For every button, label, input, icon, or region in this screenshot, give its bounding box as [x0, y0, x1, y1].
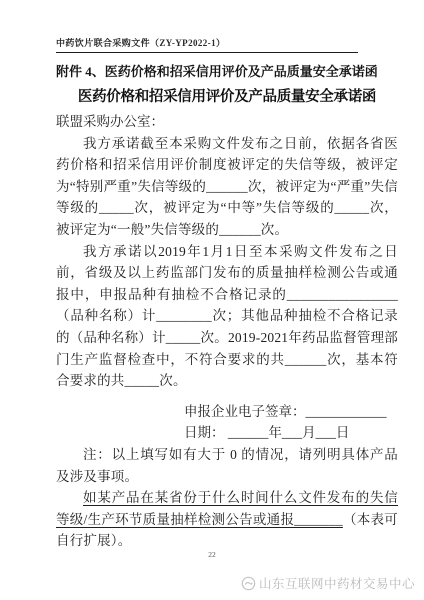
document-page: 中药饮片联合采购文件（ZY-YP2022-1） 附件 4、医药价格和招采信用评价… [0, 0, 424, 600]
signature-block: 申报企业电子签章：____________ 日期： ______年___月___… [56, 401, 398, 444]
watermark: 山东互联网中药材交易中心 [241, 574, 415, 592]
paragraph-appendix: 如某产品在某省份于什么时间什么文件发布的失信等级/生产环节质量抽样检测公告或通报… [56, 487, 398, 552]
attachment-heading: 附件 4、医药价格和招采信用评价及产品质量安全承诺函 [56, 61, 398, 80]
paragraph-note: 注：以上填写如有大于 0 的情况，请列明具体产品及涉及事项。 [56, 444, 398, 487]
watermark-logo-icon [241, 576, 256, 591]
page-title: 医药价格和招采信用评价及产品质量安全承诺函 [56, 85, 398, 106]
page-number: 22 [0, 550, 424, 559]
watermark-text: 山东互联网中药材交易中心 [259, 574, 415, 592]
signature-line: 申报企业电子签章：____________ [184, 401, 398, 423]
paragraph-quality-inspection: 我方承诺以2019年1月1日至本采购文件发布之日前，省级及以上药监部门发布的质量… [56, 241, 398, 392]
paragraph-credit-rating: 我方承诺截至本采购文件发布之日前，依据各省医药价格和招采信用评价制度被评定的失信… [56, 133, 398, 241]
signature-blank: ____________ [306, 404, 387, 419]
document-code-header: 中药饮片联合采购文件（ZY-YP2022-1） [56, 36, 358, 53]
salutation-line: 联盟采购办公室： [56, 111, 398, 133]
signature-label: 申报企业电子签章： [184, 404, 306, 419]
date-line: 日期： ______年___月___日 [184, 422, 398, 444]
document-content: 中药饮片联合采购文件（ZY-YP2022-1） 附件 4、医药价格和招采信用评价… [56, 36, 398, 552]
